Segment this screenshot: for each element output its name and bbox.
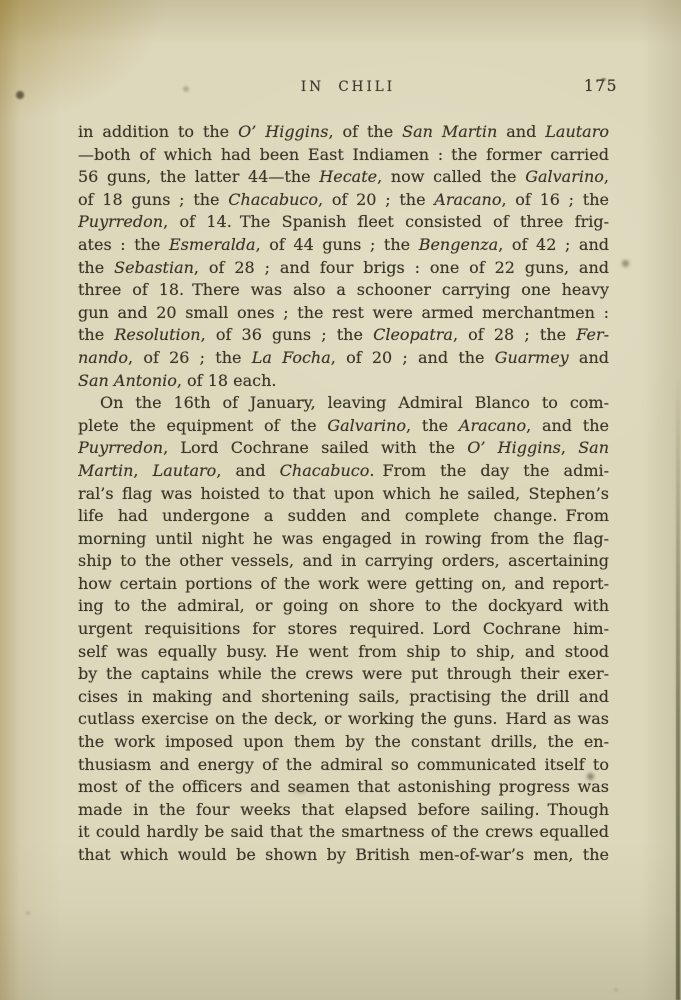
ship-name: Lautaro — [153, 461, 217, 480]
ship-name: nando — [78, 348, 128, 367]
text-line: morning until night he was engaged in ro… — [78, 528, 609, 551]
body-text: and — [497, 122, 545, 141]
text-line: On the 16th of January, leaving Admiral … — [78, 392, 609, 415]
text-line: plete the equipment of the Galvarino, th… — [78, 415, 609, 438]
ship-name: Lautaro — [545, 122, 609, 141]
body-text: , of 26 ; the — [128, 348, 252, 367]
body-text: by the captains while the crews were put… — [78, 664, 609, 683]
text-line: ing to the admiral, or going on shore to… — [78, 595, 609, 618]
text-line: the work imposed upon them by the consta… — [78, 731, 609, 754]
text-line: that which would be shown by British men… — [78, 844, 609, 867]
body-text: the — [78, 325, 114, 344]
body-text: in addition to the — [78, 122, 238, 141]
ship-name: Bengenza — [419, 235, 499, 254]
body-text: . From the day the admi- — [369, 461, 609, 480]
ship-name: Galvarino — [327, 416, 406, 435]
body-text: , of 28 ; the — [453, 325, 576, 344]
body-text: , Lord Cochrane sailed with the — [163, 438, 467, 457]
body-text: , of 36 guns ; the — [201, 325, 373, 344]
body-text: 56 guns, the latter 44—the — [78, 167, 319, 186]
text-line: thusiasm and energy of the admiral so co… — [78, 754, 609, 777]
body-text: that which would be shown by British men… — [78, 845, 609, 864]
body-text: three of 18. There was also a schooner c… — [78, 280, 609, 299]
text-line: nando, of 26 ; the La Focha, of 20 ; and… — [78, 347, 609, 370]
body-text: plete the equipment of the — [78, 416, 327, 435]
text-line: made in the four weeks that elapsed befo… — [78, 799, 609, 822]
body-text: , and — [216, 461, 279, 480]
body-text: of 18 guns ; the — [78, 190, 228, 209]
body-text: , of 44 guns ; the — [256, 235, 419, 254]
text-line: gun and 20 small ones ; the rest were ar… — [78, 302, 609, 325]
ship-name: San — [578, 438, 609, 457]
ship-name: San Martin — [402, 122, 497, 141]
ship-name: Chacabuco — [228, 190, 318, 209]
text-line: the Resolution, of 36 guns ; the Cleopat… — [78, 324, 609, 347]
body-text: cutlass exercise on the deck, or working… — [78, 709, 609, 728]
ship-name: Resolution — [114, 325, 200, 344]
body-text: the work imposed upon them by the consta… — [78, 732, 609, 751]
running-head: IN CHILI 175 — [78, 79, 618, 97]
ship-name: Guarmey — [495, 348, 569, 367]
body-text: , and the — [526, 416, 609, 435]
text-line: San Antonio, of 18 each. — [78, 370, 609, 393]
text-line: life had undergone a sudden and complete… — [78, 505, 609, 528]
body-text: , of 28 ; and four brigs : one of 22 gun… — [194, 258, 609, 277]
ship-name: La Focha — [252, 348, 331, 367]
ship-name: Puyrredon — [78, 438, 163, 457]
text-line: —both of which had been East Indiamen : … — [78, 144, 609, 167]
ship-name: Puyrredon — [78, 212, 163, 231]
text-line: how certain portions of the work were ge… — [78, 573, 609, 596]
body-text: gun and 20 small ones ; the rest were ar… — [78, 303, 609, 322]
text-line: self was equally busy. He went from ship… — [78, 641, 609, 664]
ink-speck — [16, 91, 24, 99]
ship-name: Hecate — [319, 167, 377, 186]
text-line: of 18 guns ; the Chacabuco, of 20 ; the … — [78, 189, 609, 212]
ink-speck — [26, 911, 30, 915]
ink-speck — [614, 988, 618, 992]
body-text: ship to the other vessels, and in carryi… — [78, 551, 609, 570]
ship-name: Galvarino — [525, 167, 604, 186]
ship-name: Chacabuco — [280, 461, 370, 480]
body-text: , of 20 ; the — [318, 190, 434, 209]
text-line: Puyrredon, of 14. The Spanish fleet cons… — [78, 211, 609, 234]
text-block: in addition to the O’ Higgins, of the Sa… — [78, 121, 609, 867]
text-line: it could hardly be said that the smartne… — [78, 821, 609, 844]
body-text: morning until night he was engaged in ro… — [78, 529, 609, 548]
body-text: the — [78, 258, 114, 277]
ship-name: Fer- — [576, 325, 609, 344]
body-text: self was equally busy. He went from ship… — [78, 642, 609, 661]
ship-name: O’ Higgins — [467, 438, 561, 457]
body-text: and — [569, 348, 609, 367]
body-text: ing to the admiral, or going on shore to… — [78, 596, 609, 615]
body-text: —both of which had been East Indiamen : … — [78, 145, 609, 164]
text-line: Puyrredon, Lord Cochrane sailed with the… — [78, 437, 609, 460]
body-text: thusiasm and energy of the admiral so co… — [78, 755, 609, 774]
body-text: , of 18 each. — [177, 371, 277, 390]
body-text: how certain portions of the work were ge… — [78, 574, 609, 593]
text-line: Martin, Lautaro, and Chacabuco. From the… — [78, 460, 609, 483]
text-line: most of the officers and seamen that ast… — [78, 776, 609, 799]
body-text: , of 16 ; the — [501, 190, 609, 209]
body-text: it could hardly be said that the smartne… — [78, 822, 609, 841]
text-line: urgent requisitions for stores required.… — [78, 618, 609, 641]
ship-name: Esmeralda — [169, 235, 256, 254]
body-text: On the 16th of January, leaving Admiral … — [100, 393, 609, 412]
body-text: most of the officers and seamen that ast… — [78, 777, 609, 796]
page-header-title: IN CHILI — [301, 79, 395, 95]
ship-name: Aracano — [434, 190, 501, 209]
body-text: , — [133, 461, 152, 480]
body-text: , of the — [328, 122, 402, 141]
text-line: by the captains while the crews were put… — [78, 663, 609, 686]
text-line: three of 18. There was also a schooner c… — [78, 279, 609, 302]
body-text: urgent requisitions for stores required.… — [78, 619, 609, 638]
text-line: the Sebastian, of 28 ; and four brigs : … — [78, 257, 609, 280]
page-number: 175 — [584, 77, 618, 95]
body-text: , — [561, 438, 578, 457]
page-edge-shadow — [676, 380, 680, 1000]
ship-name: Aracano — [459, 416, 526, 435]
body-text: , of 14. The Spanish fleet consisted of … — [163, 212, 609, 231]
text-line: 56 guns, the latter 44—the Hecate, now c… — [78, 166, 609, 189]
text-line: ship to the other vessels, and in carryi… — [78, 550, 609, 573]
text-line: ral’s flag was hoisted to that upon whic… — [78, 483, 609, 506]
body-text: , of 20 ; and the — [331, 348, 495, 367]
text-line: ates : the Esmeralda, of 44 guns ; the B… — [78, 234, 609, 257]
ship-name: Martin — [78, 461, 133, 480]
body-text: , now called the — [377, 167, 525, 186]
body-text: , — [604, 167, 609, 186]
body-text: ates : the — [78, 235, 169, 254]
text-line: in addition to the O’ Higgins, of the Sa… — [78, 121, 609, 144]
body-text: made in the four weeks that elapsed befo… — [78, 800, 609, 819]
ship-name: Sebastian — [114, 258, 194, 277]
ship-name: O’ Higgins — [238, 122, 328, 141]
body-text: ral’s flag was hoisted to that upon whic… — [78, 484, 609, 503]
body-text: cises in making and shortening sails, pr… — [78, 687, 609, 706]
ship-name: San Antonio — [78, 371, 177, 390]
body-text: , the — [406, 416, 459, 435]
text-line: cutlass exercise on the deck, or working… — [78, 708, 609, 731]
ink-speck — [622, 260, 629, 267]
ship-name: Cleopatra — [373, 325, 453, 344]
body-text: , of 42 ; and — [498, 235, 609, 254]
book-page: IN CHILI 175 in addition to the O’ Higgi… — [0, 0, 681, 1000]
body-text: life had undergone a sudden and complete… — [78, 506, 609, 525]
text-line: cises in making and shortening sails, pr… — [78, 686, 609, 709]
